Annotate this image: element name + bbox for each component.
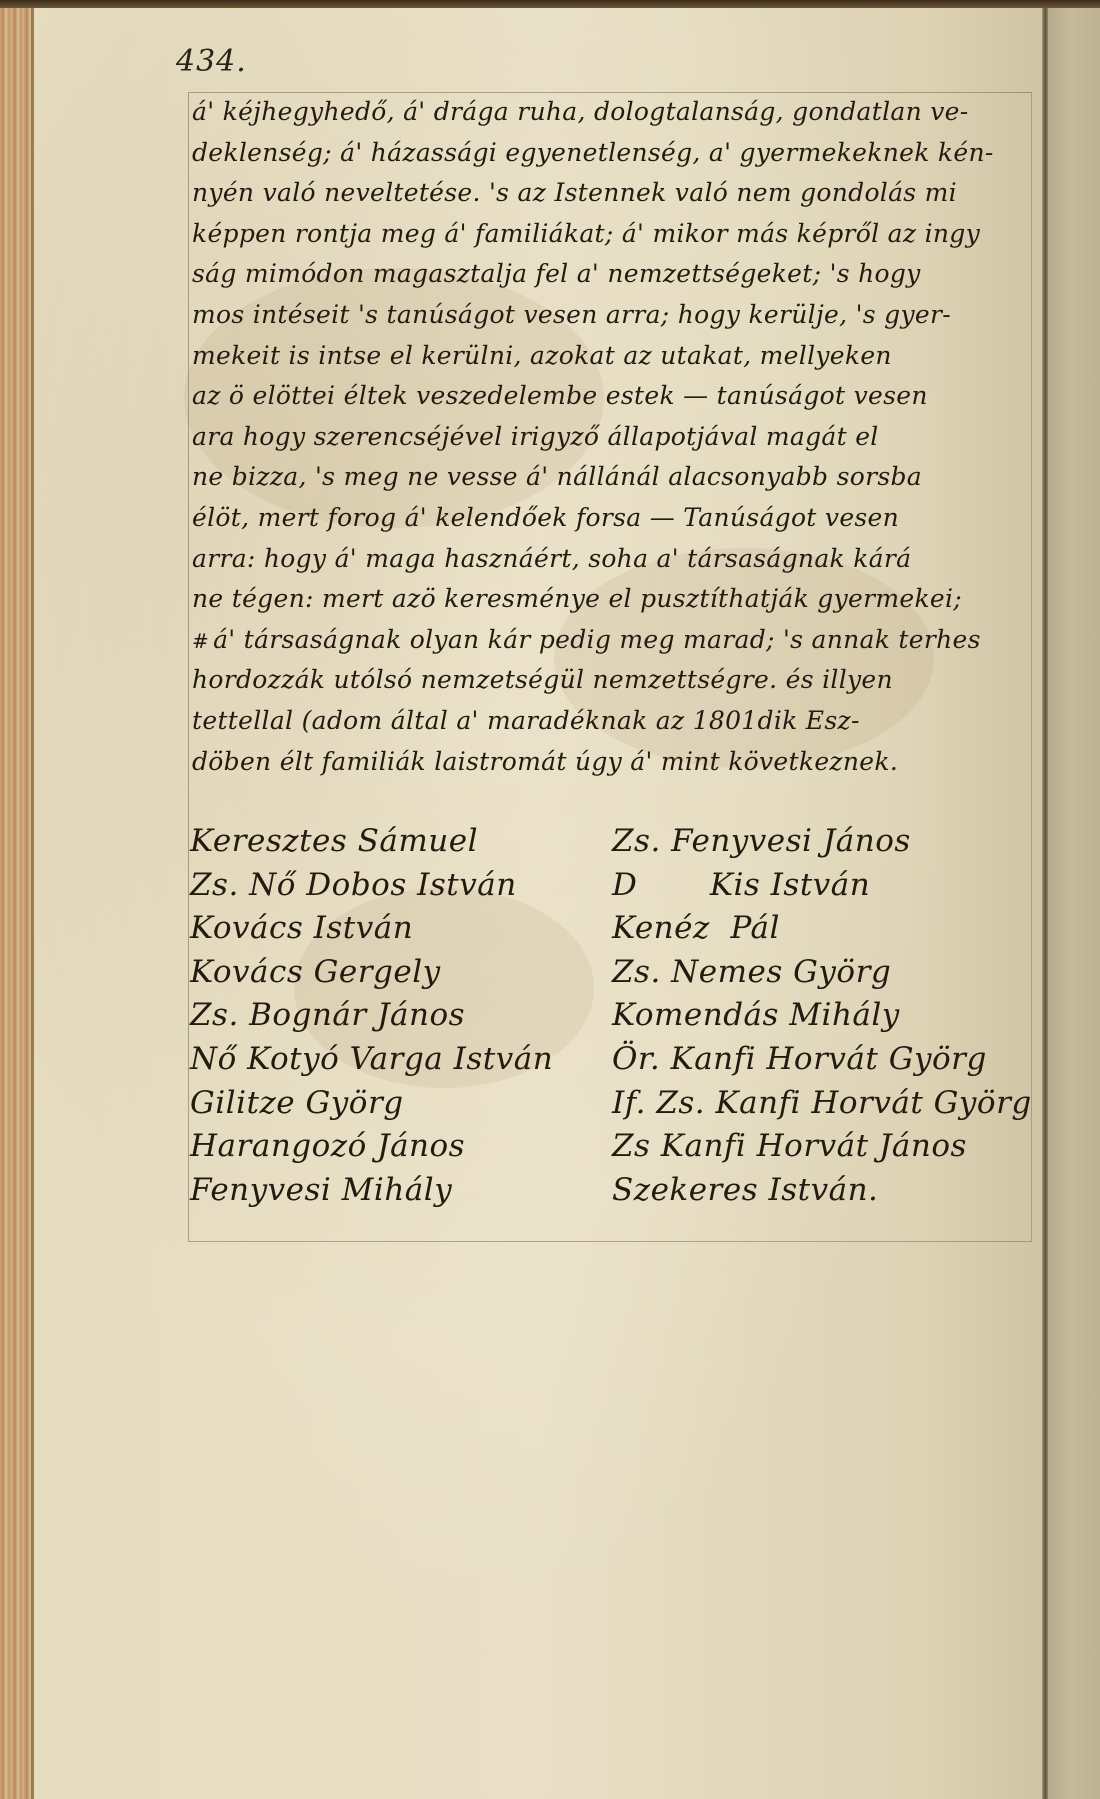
text-line: á' kéjhegyhedő, á' drága ruha, dologtala… xyxy=(192,92,1032,133)
name-entry: Kovács István xyxy=(190,907,553,951)
insertion-mark-icon: # xyxy=(192,621,209,661)
text-line: ság mimódon magasztalja fel a' nemzettsé… xyxy=(192,254,1032,295)
text-line: deklenség; á' házassági egyenetlenség, a… xyxy=(192,133,1032,174)
text-line: tettellal (adom által a' maradéknak az 1… xyxy=(192,701,1032,742)
name-entry: Kenéz Pál xyxy=(612,907,1032,951)
text-line: ne tégen: mert azö keresménye el pusztít… xyxy=(192,579,1032,620)
text-line: döben élt familiák laistromát úgy á' min… xyxy=(192,742,1032,783)
name-entry: Zs. Nő Dobos István xyxy=(190,864,553,908)
text-line: képpen rontja meg á' familiákat; á' miko… xyxy=(192,214,1032,255)
names-list-right: Zs. Fenyvesi János D Kis István Kenéz Pá… xyxy=(612,820,1032,1212)
name-entry: Gilitze Györg xyxy=(190,1082,553,1126)
text-line: az ö elöttei éltek veszedelembe estek — … xyxy=(192,376,1032,417)
text-line: hordozzák utólsó nemzetségül nemzettségr… xyxy=(192,660,1032,701)
name-entry: Kovács Gergely xyxy=(190,951,553,995)
name-entry: Zs. Bognár János xyxy=(190,994,553,1038)
book-spread: 434. á' kéjhegyhedő, á' drága ruha, dolo… xyxy=(0,0,1100,1799)
page-block-edges xyxy=(0,8,34,1799)
names-list-left: Keresztes Sámuel Zs. Nő Dobos István Kov… xyxy=(190,820,553,1212)
facing-page-edge xyxy=(1048,8,1100,1799)
name-entry: D Kis István xyxy=(612,864,1032,908)
text-line: mos intéseit 's tanúságot vesen arra; ho… xyxy=(192,295,1032,336)
text-line: nyén való neveltetése. 's az Istennek va… xyxy=(192,173,1032,214)
name-entry: If. Zs. Kanfi Horvát Györg xyxy=(612,1082,1032,1126)
name-entry: Ör. Kanfi Horvát Györg xyxy=(612,1038,1032,1082)
text-line: ara hogy szerencséjével irigyző állapotj… xyxy=(192,417,1032,458)
text-line: élöt, mert forog á' kelendőek forsa — Ta… xyxy=(192,498,1032,539)
text-line: arra: hogy á' maga hasznáért, soha a' tá… xyxy=(192,539,1032,580)
text-line: ne bizza, 's meg ne vesse á' nállánál al… xyxy=(192,457,1032,498)
name-entry: Zs. Fenyvesi János xyxy=(612,820,1032,864)
name-entry: Zs Kanfi Horvát János xyxy=(612,1125,1032,1169)
name-entry: Keresztes Sámuel xyxy=(190,820,553,864)
name-entry: Komendás Mihály xyxy=(612,994,1032,1038)
text-line-content: á' társaságnak olyan kár pedig meg marad… xyxy=(213,625,981,654)
name-entry: Fenyvesi Mihály xyxy=(190,1169,553,1213)
body-text: á' kéjhegyhedő, á' drága ruha, dologtala… xyxy=(192,92,1032,782)
name-entry: Nő Kotyó Varga István xyxy=(190,1038,553,1082)
text-line: mekeit is intse el kerülni, azokat az ut… xyxy=(192,336,1032,377)
text-line: #á' társaságnak olyan kár pedig meg mara… xyxy=(192,620,1032,661)
book-top-edge xyxy=(0,0,1100,8)
name-entry: Szekeres István. xyxy=(612,1169,1032,1213)
name-entry: Zs. Nemes Györg xyxy=(612,951,1032,995)
page-number: 434. xyxy=(176,44,247,79)
name-entry: Harangozó János xyxy=(190,1125,553,1169)
